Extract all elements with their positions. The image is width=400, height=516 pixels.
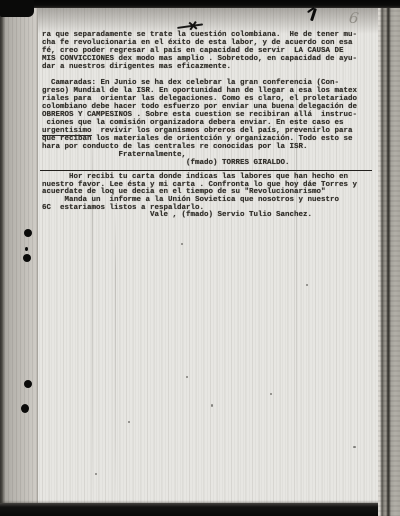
text-line-underlined: urgentisimo revivir los organismos obrer… — [42, 127, 384, 135]
text-line: que reciban los materiales de orientción… — [42, 135, 384, 143]
text-line: ra que separadamente se trate la cuestió… — [42, 31, 384, 39]
paragraph-2: Camaradas: En Junio se ha dex celebrar l… — [42, 79, 384, 167]
dust-speck — [270, 393, 272, 395]
text-line-rest: revivir los organismos obreros del país,… — [92, 127, 353, 135]
scanner-edge-bottom — [0, 503, 400, 516]
scanner-edge-top-left — [0, 0, 34, 17]
hole-punch-mark — [21, 404, 29, 413]
text-line: fé, creo poder regresar al país en capac… — [42, 47, 384, 55]
dust-speck — [128, 421, 130, 423]
text-line: Camaradas: En Junio se ha dex celebrar l… — [42, 79, 384, 87]
text-line: colombiano debe hacer todo esfuerzo por … — [42, 103, 384, 111]
text-line: cha fe revolucionaria en el éxito de est… — [42, 39, 384, 47]
postscript: Hor recibi tu carta donde indicas las la… — [42, 174, 384, 220]
scanner-edge-top — [0, 0, 400, 8]
text-line: ciones que la comisión organizadora debe… — [42, 119, 384, 127]
paragraph-1: ra que separadamente se trate la cuestió… — [42, 31, 384, 71]
dust-speck — [353, 446, 356, 448]
text-line: greso) Mundial de la ISR. En oportunidad… — [42, 87, 384, 95]
ps-signature-line: Vale , (fmado) Servio Tulio Sanchez. — [42, 212, 384, 220]
text-line: hara por conducto de las centrales re co… — [42, 143, 384, 151]
paper-crease — [115, 210, 116, 516]
page-left-edge-shadow — [0, 0, 38, 516]
dust-speck — [181, 243, 183, 245]
text-line: OBREROS Y CAMPESINOS . Sobre esta cuesti… — [42, 111, 384, 119]
pen-check-mark — [306, 7, 320, 22]
dust-speck — [211, 404, 213, 407]
hole-punch-mark — [24, 229, 32, 237]
dust-speck — [95, 473, 97, 475]
text-line: dar a nuestros dirigentes mas eficazment… — [42, 63, 384, 71]
ink-speck — [25, 247, 28, 251]
divider-rule — [40, 170, 372, 171]
dust-speck — [306, 284, 308, 286]
closing-line: Fraternalmente, — [42, 151, 384, 159]
scanned-letter-page: 6 ra que separadamente se trate la cuest… — [0, 0, 400, 516]
pencil-page-number: 6 — [348, 10, 359, 26]
letter-body: ra que separadamente se trate la cuestió… — [42, 31, 384, 220]
text-line: MIS CONVICCIONES dex modo mas amplio . S… — [42, 55, 384, 63]
hole-punch-mark — [23, 254, 31, 262]
hole-punch-mark — [24, 380, 32, 388]
page-edge-line — [37, 0, 38, 516]
signature-line: (fmado) TORRES GIRALDO. — [42, 159, 384, 167]
dust-speck — [186, 376, 188, 378]
text-line: riales para orientar las delegaciones. C… — [42, 95, 384, 103]
